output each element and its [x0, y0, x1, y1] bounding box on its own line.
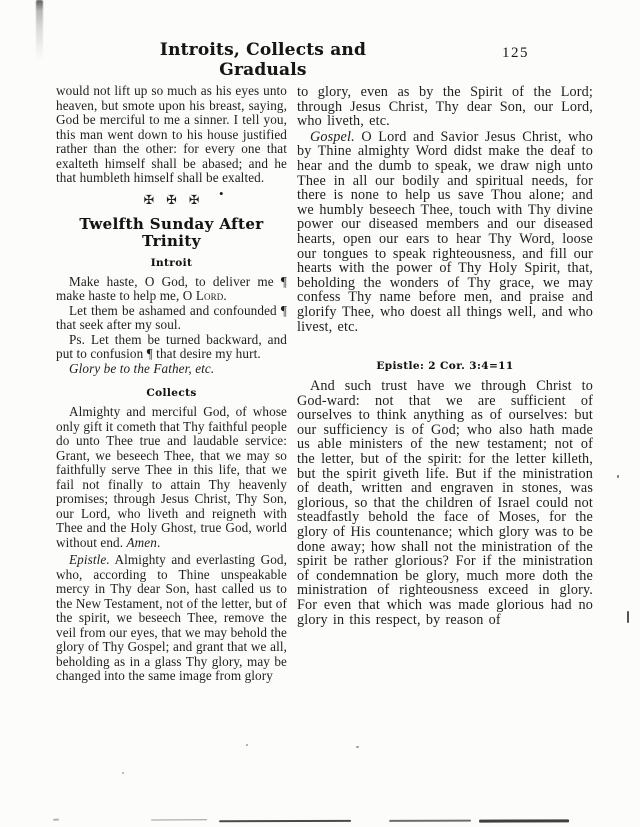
- section-heading-twelfth-sunday: Twelfth Sunday After Trinity: [56, 216, 287, 250]
- epistle-collect-paragraph: Epistle. Almighty and everlasting God, w…: [56, 553, 287, 684]
- epistle-reading-paragraph: And such trust have we through Christ to…: [297, 379, 593, 627]
- introit-heading: Introit: [56, 257, 287, 269]
- collect-paragraph: Almighty and merciful God, of whose only…: [56, 405, 287, 550]
- page-title: Introits, Collects and Graduals: [128, 40, 398, 80]
- scan-speck: [356, 746, 359, 748]
- bullet-mark: •: [219, 186, 224, 202]
- scan-line-artifact: [53, 819, 59, 821]
- triple-cross-ornament: ✠ ✠ ✠: [56, 193, 287, 207]
- verse-text: Make haste, O God, to deliver me ¶ make …: [56, 274, 287, 304]
- verse-text: .: [223, 288, 226, 303]
- epistle-reading-heading: Epistle: 2 Cor. 3:4=11: [297, 360, 593, 372]
- epistle-text: Almighty and everlasting God, who, accor…: [56, 552, 287, 683]
- scan-line-artifact: [479, 819, 569, 822]
- lord-smallcaps: Lord: [196, 288, 223, 303]
- gloria-patri-line: Glory be to the Father, etc.: [56, 362, 287, 377]
- epistle-lead-italic: Epistle.: [69, 552, 110, 567]
- scan-line-artifact: [389, 820, 471, 822]
- collect-text: .: [157, 535, 160, 550]
- gospel-lead-italic: Gospel.: [310, 129, 355, 145]
- page-number: 125: [502, 45, 529, 62]
- amen-italic: Amen: [127, 535, 157, 550]
- scan-speck: [617, 475, 619, 478]
- introit-verse-3: Ps. Let them be turned backward, and put…: [56, 333, 287, 362]
- scan-speck: [246, 744, 248, 746]
- introit-verse-2: Let them be ashamed and confounded ¶ tha…: [56, 304, 287, 333]
- scan-speck: [122, 772, 124, 774]
- continuation-paragraph: would not lift up so much as his eyes un…: [56, 84, 287, 186]
- book-page-scan: Introits, Collects and Graduals 125 woul…: [0, 0, 640, 827]
- collects-heading: Collects: [56, 387, 287, 399]
- left-column: would not lift up so much as his eyes un…: [56, 84, 287, 684]
- right-column: to glory, even as by the Spirit of the L…: [297, 85, 593, 627]
- continuation-paragraph: to glory, even as by the Spirit of the L…: [297, 85, 593, 129]
- gospel-text: O Lord and Savior Jesus Christ, who by T…: [297, 129, 593, 335]
- scan-line-artifact: [151, 819, 207, 820]
- scan-speck: [627, 611, 629, 623]
- introit-verse-1: Make haste, O God, to deliver me ¶ make …: [56, 275, 287, 304]
- gospel-collect-paragraph: Gospel. O Lord and Savior Jesus Christ, …: [297, 130, 593, 334]
- scan-line-artifact: [219, 820, 351, 822]
- scan-smudge-top-left: [36, 0, 43, 60]
- collect-text: Almighty and merciful God, of whose only…: [56, 404, 287, 550]
